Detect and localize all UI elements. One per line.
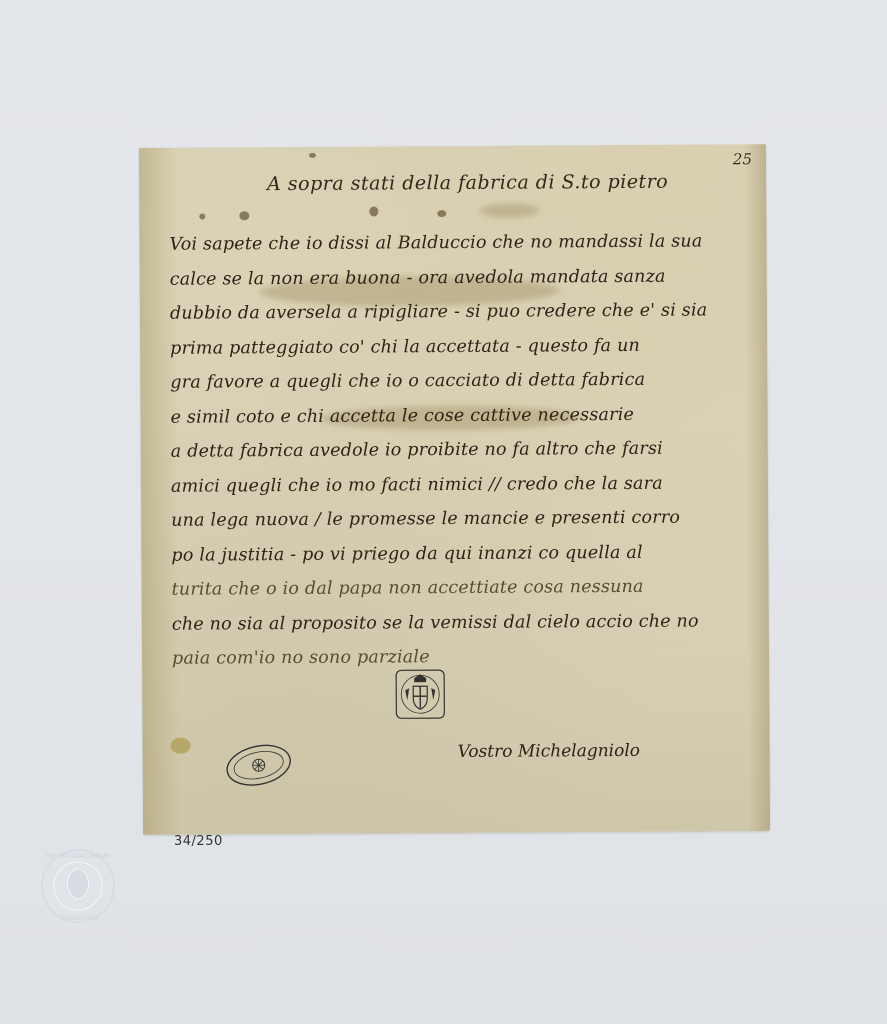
text-line: amici quegli che io mo facti nimici // c… xyxy=(171,466,766,504)
text-line: che no sia al proposito se la vemissi da… xyxy=(172,604,767,642)
text-line: paia com'io no sono parziale xyxy=(172,638,767,676)
ink-stain xyxy=(199,214,205,220)
folio-number: 25 xyxy=(733,150,752,168)
text-line: e simil coto e chi accetta le cose catti… xyxy=(170,397,765,435)
svg-text:COLLECTION: COLLECTION xyxy=(59,915,97,922)
manuscript-sheet: 25 A sopra stati della fabrica di S.to p… xyxy=(139,144,770,835)
signature: Vostro Michelagniolo xyxy=(458,741,641,762)
print-mount: 25 A sopra stati della fabrica di S.to p… xyxy=(0,0,887,1024)
text-line: turita che o io dal papa non accettiate … xyxy=(172,569,767,607)
text-line: prima patteggiato co' chi la accettata -… xyxy=(170,328,765,366)
text-line: po la justitia - po vi priego da qui ina… xyxy=(171,535,766,573)
text-line: a detta fabrica avedole io proibite no f… xyxy=(171,431,766,469)
text-line: calce se la non era buona - ora avedola … xyxy=(170,259,765,297)
chigi-library-stamp-icon xyxy=(225,743,293,787)
foxing-blot xyxy=(479,203,539,217)
ink-stain xyxy=(369,206,378,216)
text-line: una lega nuova / le promesse le mancie e… xyxy=(171,500,766,538)
vatican-library-stamp-icon xyxy=(390,664,450,724)
svg-text:THE VATICAN LIBRARY: THE VATICAN LIBRARY xyxy=(44,853,111,860)
ink-stain xyxy=(309,153,316,158)
letter-body: Voi sapete che io dissi al Balduccio che… xyxy=(169,224,767,676)
text-line: gra favore a quegli che io o cacciato di… xyxy=(170,362,765,400)
ink-stain xyxy=(437,210,446,217)
ochre-stain xyxy=(171,738,191,754)
letter-heading: A sopra stati della fabrica di S.to piet… xyxy=(267,171,668,195)
ink-stain xyxy=(239,211,249,220)
edition-number: 34/250 xyxy=(174,834,223,849)
text-line: dubbio da aversela a ripigliare - si puo… xyxy=(170,293,765,331)
vatican-library-emboss-seal-icon: THE VATICAN LIBRARY COLLECTION xyxy=(38,846,118,926)
text-line: Voi sapete che io dissi al Balduccio che… xyxy=(169,224,764,262)
